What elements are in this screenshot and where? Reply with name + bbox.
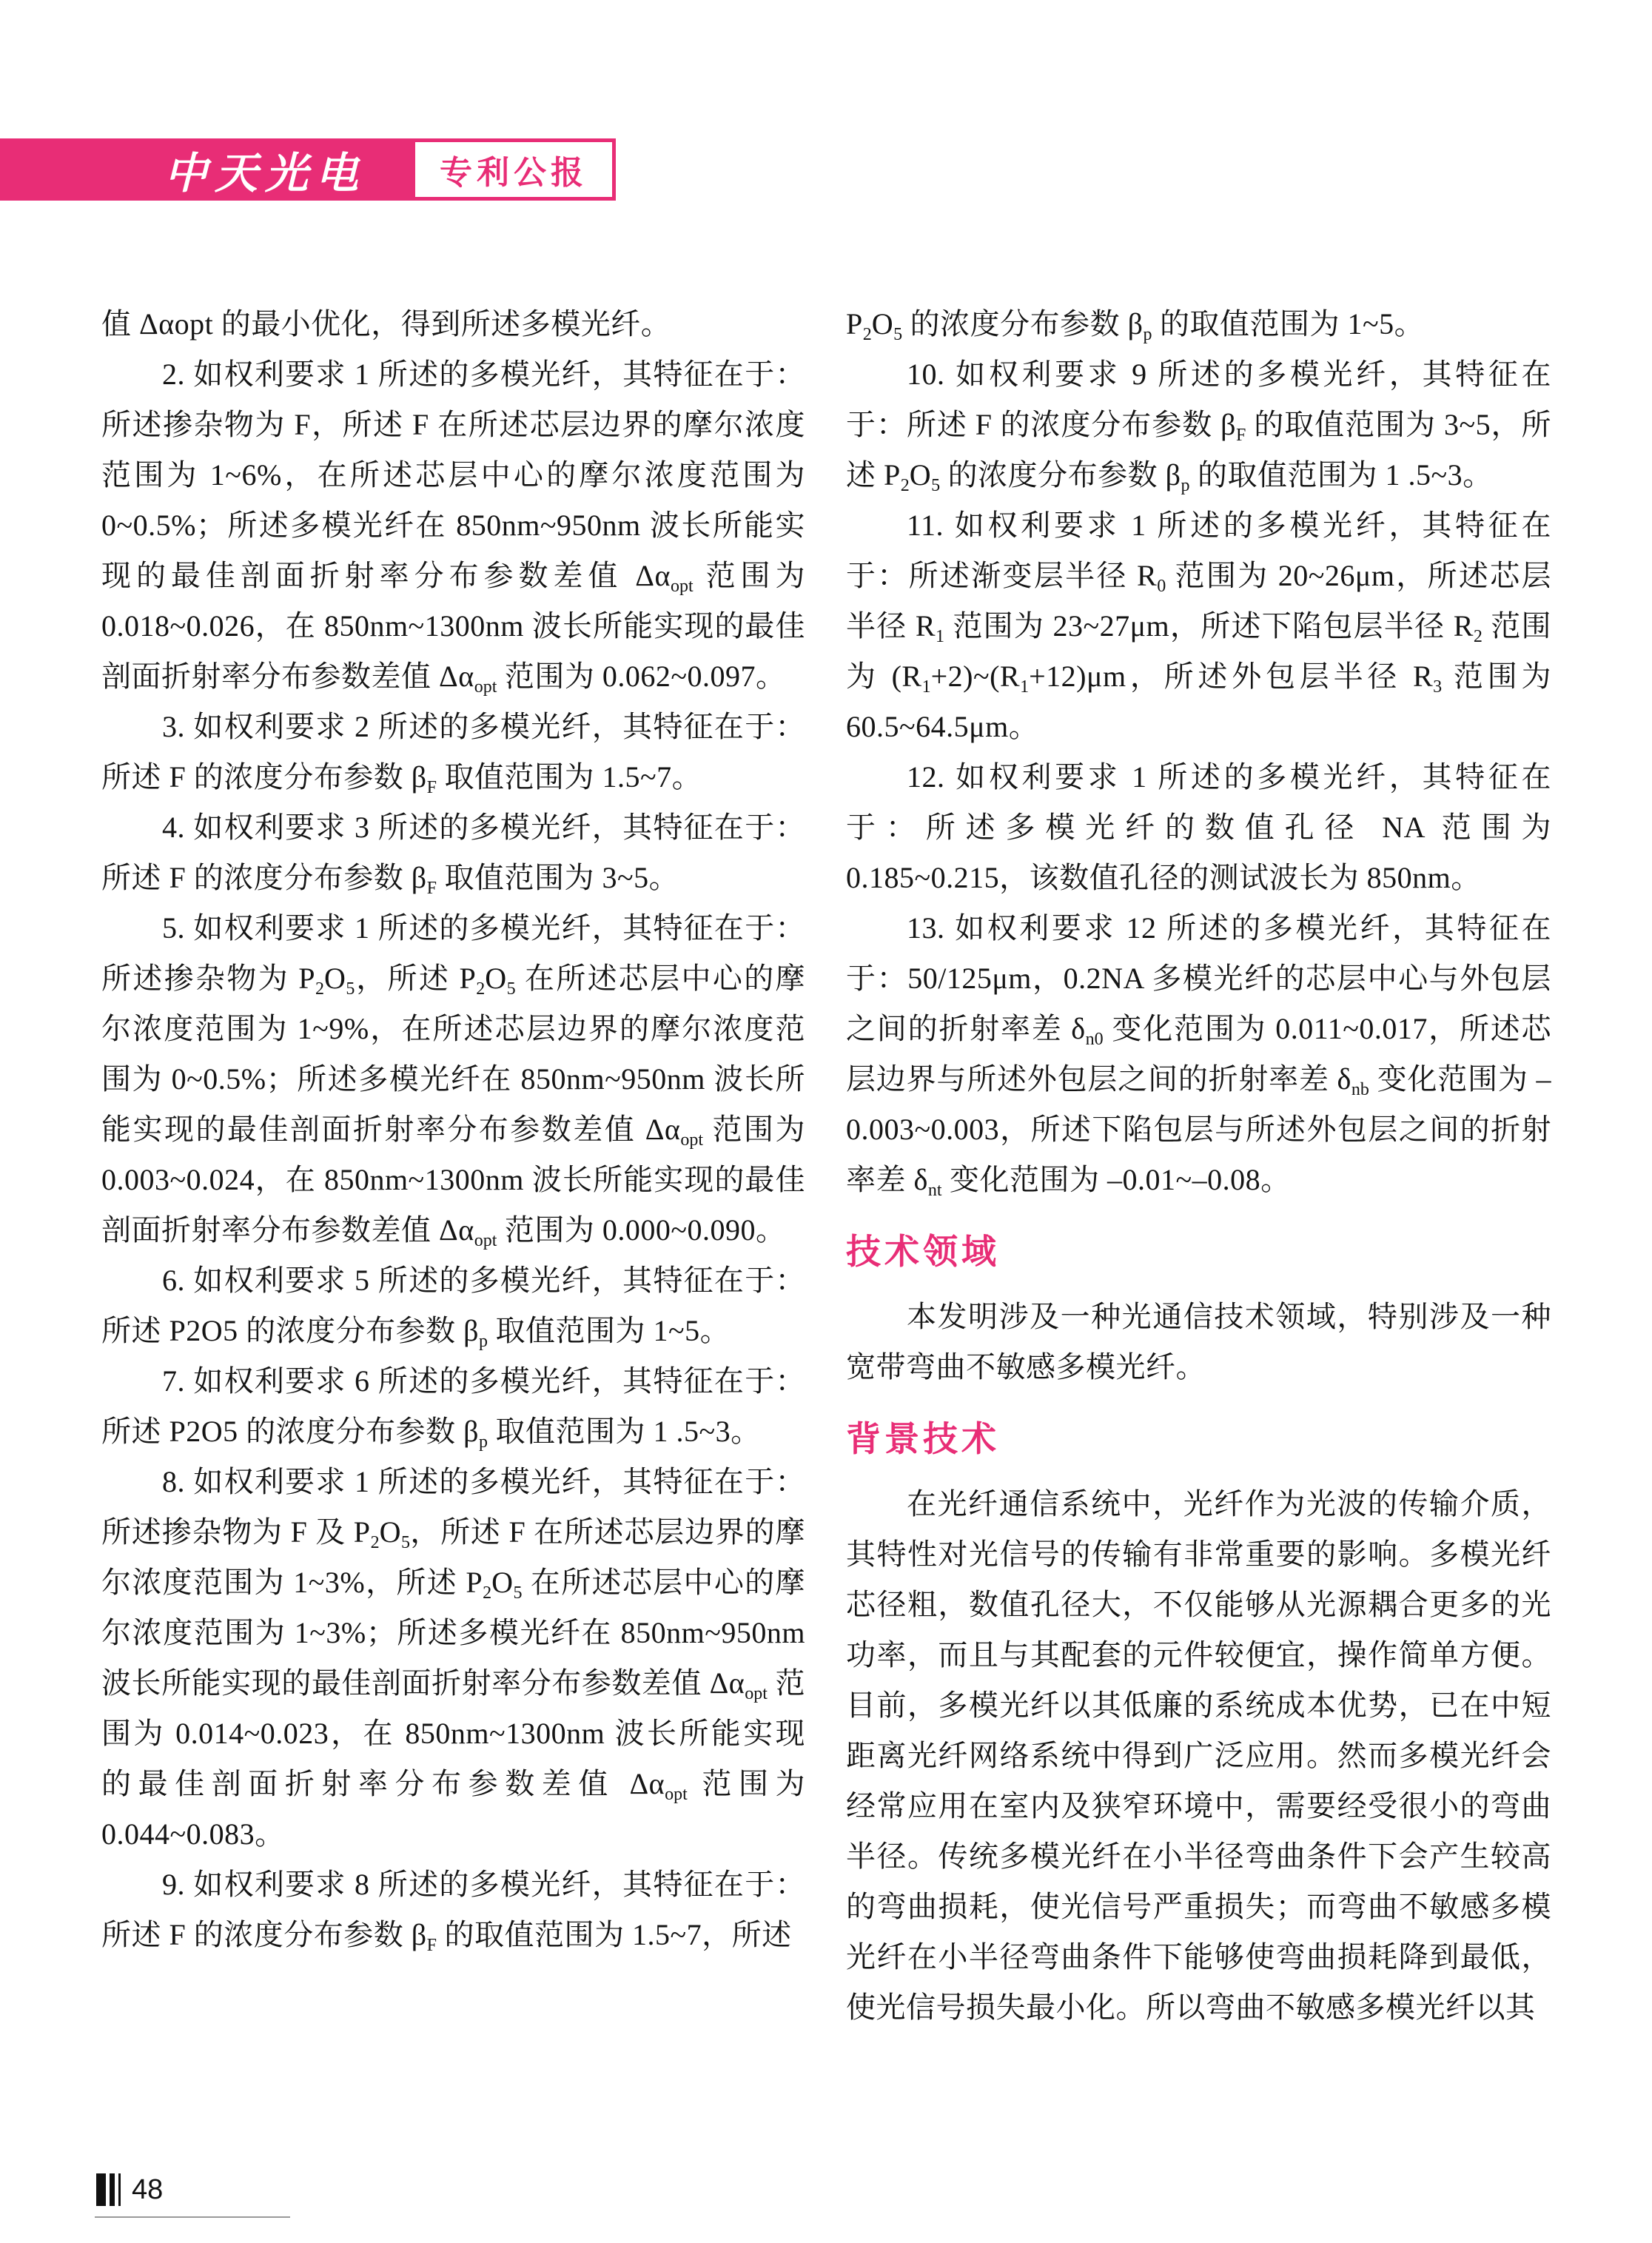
body-paragraph: 4. 如权利要求 3 所述的多模光纤，其特征在于：所述 F 的浓度分布参数 βF… (101, 802, 805, 903)
body-paragraph: 9. 如权利要求 8 所述的多模光纤，其特征在于：所述 F 的浓度分布参数 βF… (101, 1860, 805, 1960)
claims-column-left: 值 Δαopt 的最小优化，得到所述多模光纤。2. 如权利要求 1 所述的多模光… (101, 299, 805, 1960)
footer-bars-icon (96, 2173, 124, 2206)
body-paragraph: 10. 如权利要求 9 所述的多模光纤，其特征在于：所述 F 的浓度分布参数 β… (846, 349, 1551, 500)
body-paragraph: 2. 如权利要求 1 所述的多模光纤，其特征在于：所述掺杂物为 F，所述 F 在… (101, 349, 805, 702)
brand-logo: 中天光电 (164, 138, 366, 201)
body-paragraph: 12. 如权利要求 1 所述的多模光纤，其特征在于：所述多模光纤的数值孔径 NA… (846, 752, 1551, 903)
body-paragraph: 13. 如权利要求 12 所述的多模光纤，其特征在于：50/125μm，0.2N… (846, 903, 1551, 1205)
page-footer: 48 (96, 2173, 163, 2206)
body-paragraph: 6. 如权利要求 5 所述的多模光纤，其特征在于：所述 P2O5 的浓度分布参数… (101, 1255, 805, 1356)
body-paragraph: 5. 如权利要求 1 所述的多模光纤，其特征在于：所述掺杂物为 P2O5，所述 … (101, 903, 805, 1255)
page-number: 48 (132, 2174, 163, 2206)
body-paragraph: P2O5 的浓度分布参数 βp 的取值范围为 1~5。 (846, 299, 1551, 349)
section-heading: 技术领域 (846, 1224, 1551, 1274)
body-paragraph: 在光纤通信系统中，光纤作为光波的传输介质，其特性对光信号的传输有非常重要的影响。… (846, 1479, 1551, 2033)
body-paragraph: 3. 如权利要求 2 所述的多模光纤，其特征在于：所述 F 的浓度分布参数 βF… (101, 702, 805, 802)
body-paragraph: 本发明涉及一种光通信技术领域，特别涉及一种宽带弯曲不敏感多模光纤。 (846, 1292, 1551, 1392)
body-paragraph: 值 Δαopt 的最小优化，得到所述多模光纤。 (101, 299, 805, 349)
body-paragraph: 11. 如权利要求 1 所述的多模光纤，其特征在于：所述渐变层半径 R0 范围为… (846, 500, 1551, 752)
claims-column-right: P2O5 的浓度分布参数 βp 的取值范围为 1~5。10. 如权利要求 9 所… (846, 299, 1551, 2033)
gazette-label: 专利公报 (440, 146, 588, 193)
gazette-label-box: 专利公报 (412, 138, 616, 201)
section-heading: 背景技术 (846, 1412, 1551, 1461)
patent-gazette-page: 中天光电 专利公报 值 Δαopt 的最小优化，得到所述多模光纤。2. 如权利要… (0, 0, 1652, 2243)
brand-banner: 中天光电 (0, 138, 412, 201)
body-paragraph: 7. 如权利要求 6 所述的多模光纤，其特征在于：所述 P2O5 的浓度分布参数… (101, 1356, 805, 1457)
body-paragraph: 8. 如权利要求 1 所述的多模光纤，其特征在于：所述掺杂物为 F 及 P2O5… (101, 1457, 805, 1860)
footer-rule (95, 2216, 290, 2218)
